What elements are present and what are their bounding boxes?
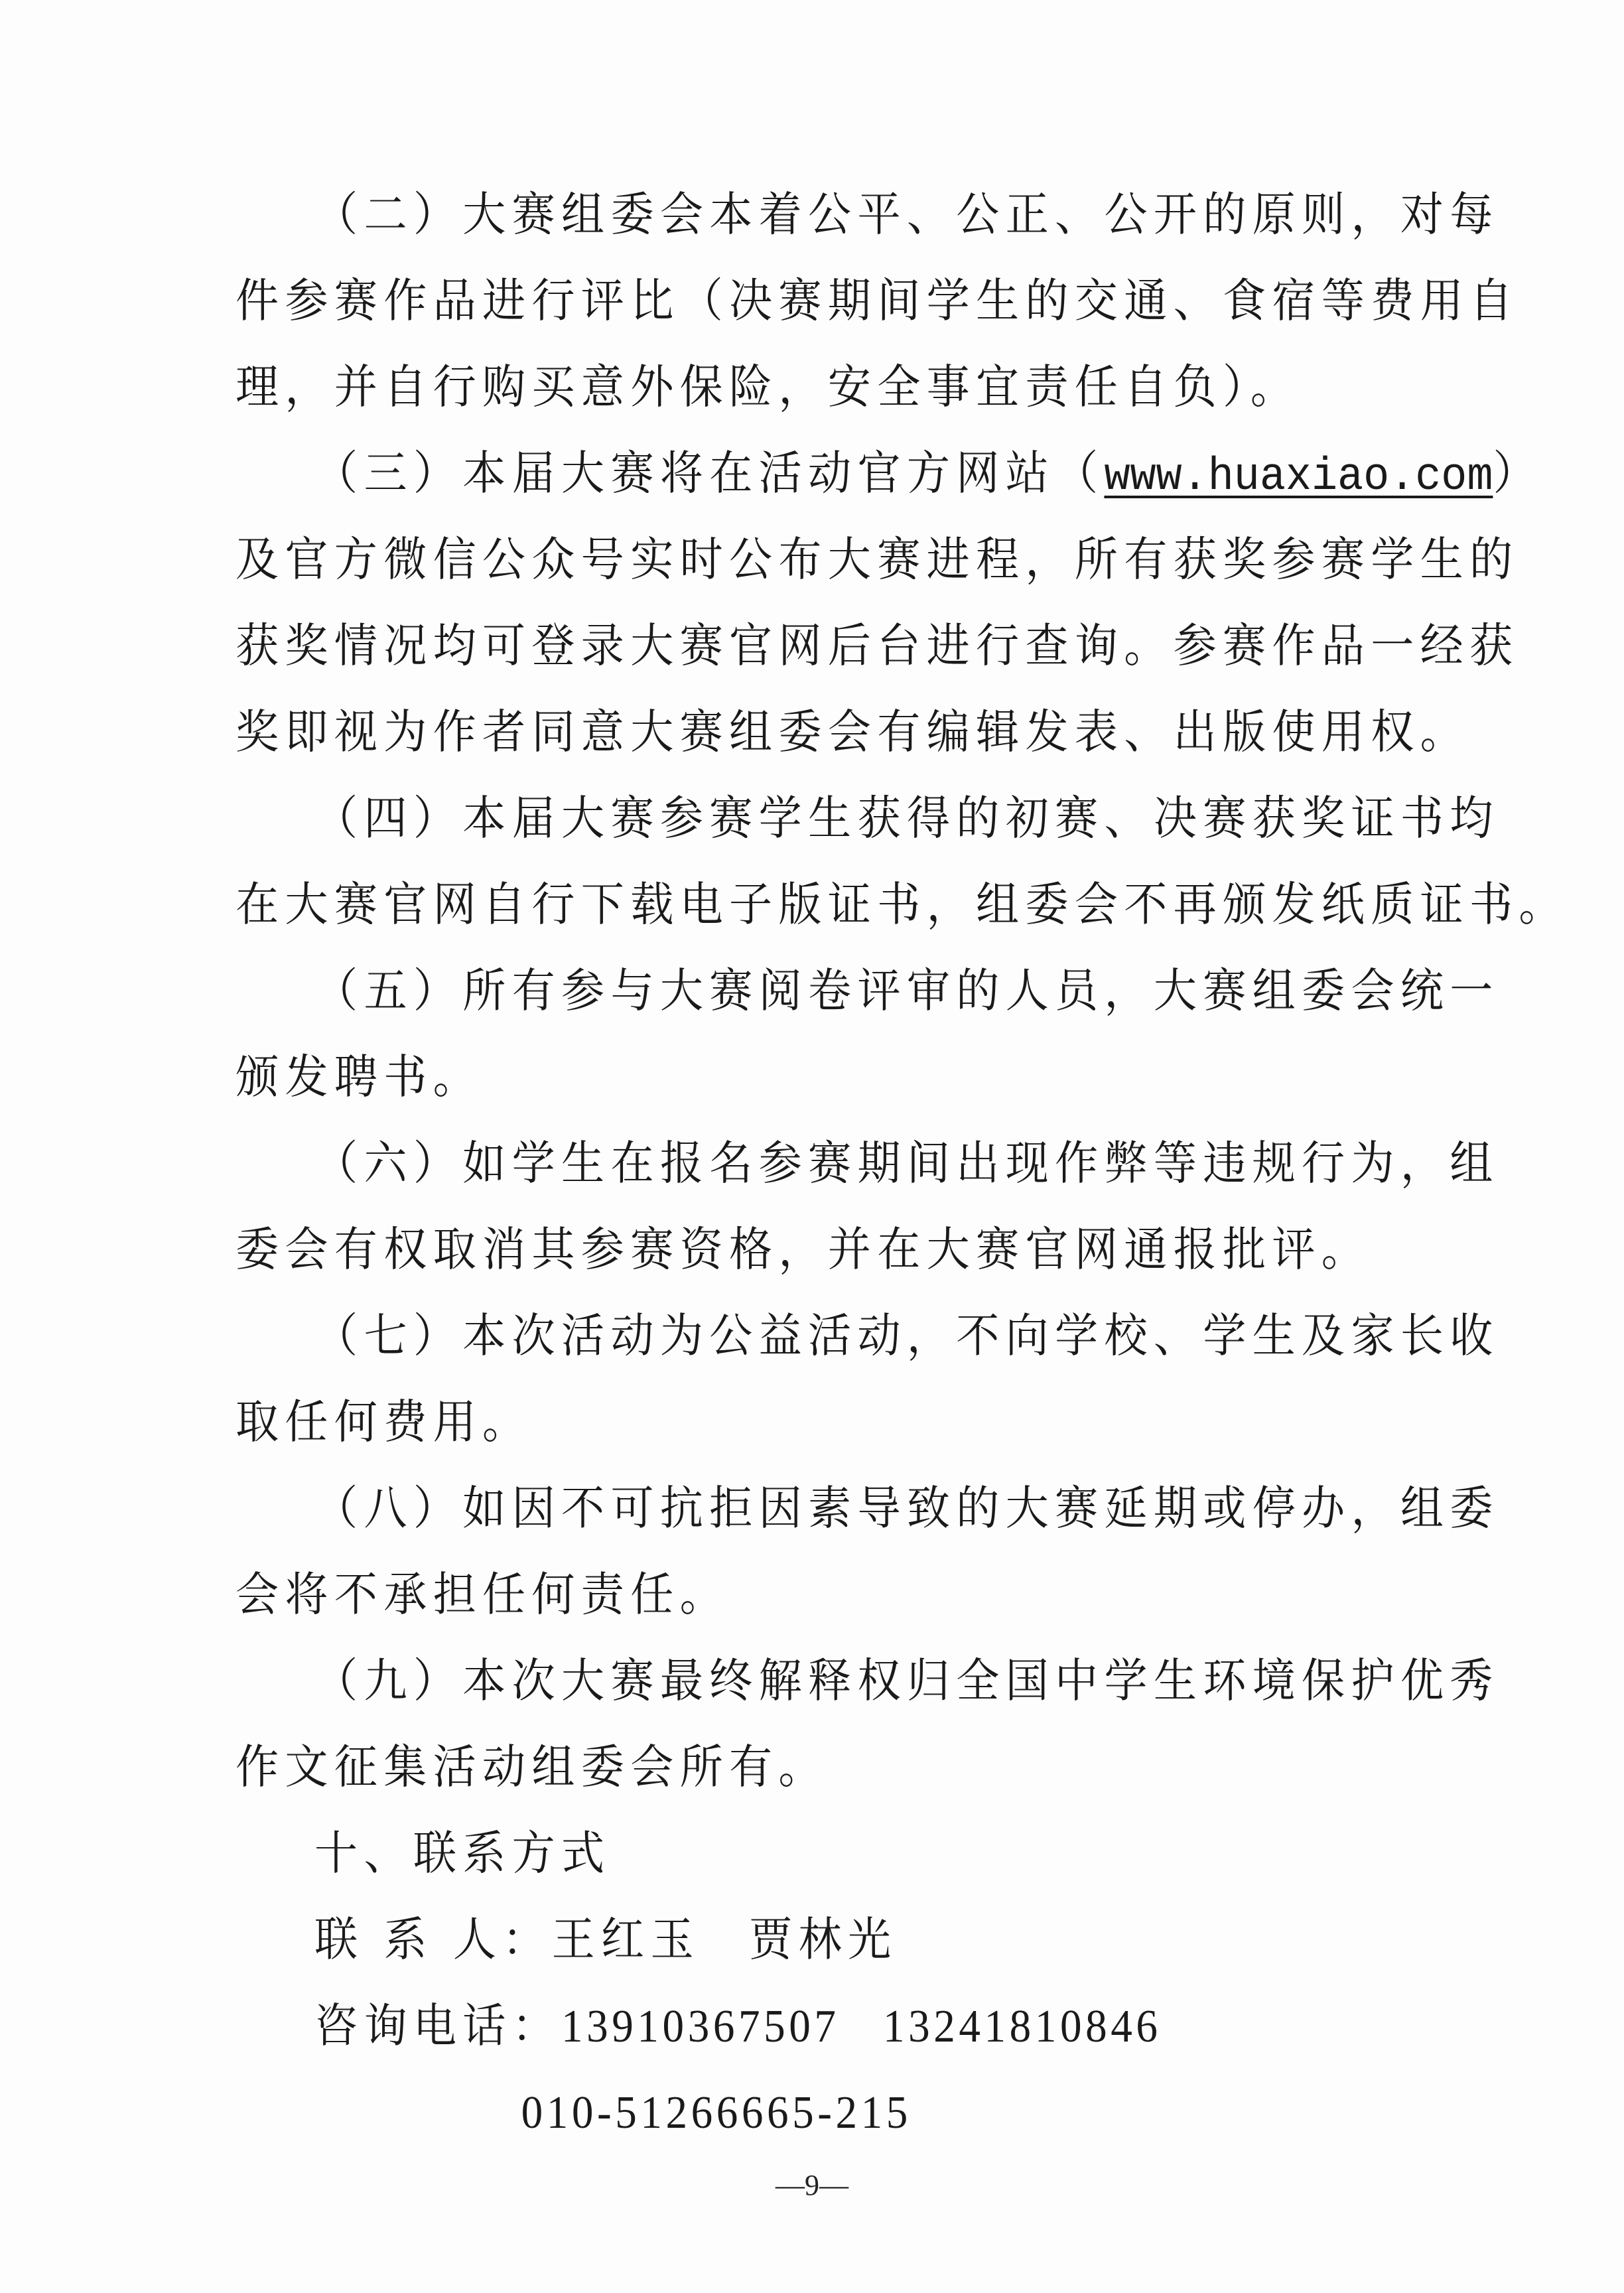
paragraph-3-line-4: 奖即视为作者同意大赛组委会有编辑发表、出版使用权。 (236, 689, 1314, 775)
paragraph-9-line-2: 作文征集活动组委会所有。 (236, 1724, 1314, 1810)
contact-names: 王红玉 贾林光 (552, 1912, 898, 1967)
paragraph-3-suffix: ） (1493, 446, 1542, 500)
paragraph-4-line-1: （四）本届大赛参赛学生获得的初赛、决赛获奖证书均 (236, 775, 1314, 861)
paragraph-3-line-1: （三）本届大赛将在活动官方网站（www.huaxiao.com） (236, 430, 1314, 516)
contact-label: 联 系 人： (314, 1912, 552, 1967)
paragraph-5-line-1: （五）所有参与大赛阅卷评审的人员，大赛组委会统一 (236, 947, 1314, 1034)
phone-number-2: 13241810846 (883, 2001, 1161, 2052)
paragraph-7-line-1: （七）本次活动为公益活动，不向学校、学生及家长收 (236, 1292, 1314, 1379)
contact-heading: 十、联系方式 (236, 1810, 1314, 1896)
phone-label: 咨询电话： (314, 1998, 561, 2053)
paragraph-5-line-2: 颁发聘书。 (236, 1034, 1314, 1120)
contact-persons: 联 系 人：王红玉 贾林光 (236, 1896, 1314, 1982)
paragraph-2-line-2: 件参赛作品进行评比（决赛期间学生的交通、食宿等费用自 (236, 257, 1314, 344)
document-body: （二）大赛组委会本着公平、公正、公开的原则，对每 件参赛作品进行评比（决赛期间学… (236, 171, 1395, 2155)
paragraph-9-line-1: （九）本次大赛最终解释权归全国中学生环境保护优秀 (236, 1637, 1314, 1724)
contact-phone-line-3: 010-51266665-215 (236, 2069, 1314, 2155)
paragraph-8-line-1: （八）如因不可抗拒因素导致的大赛延期或停办，组委 (236, 1465, 1314, 1551)
paragraph-4-line-2: 在大赛官网自行下载电子版证书，组委会不再颁发纸质证书。 (236, 861, 1314, 947)
phone-number-3: 010-51266665-215 (314, 2087, 912, 2138)
website-link[interactable]: www.huaxiao.com (1104, 451, 1493, 504)
phone-number-1: 13910367507 (561, 2001, 839, 2052)
paragraph-2-line-1: （二）大赛组委会本着公平、公正、公开的原则，对每 (236, 171, 1314, 257)
paragraph-7-line-2: 取任何费用。 (236, 1379, 1314, 1465)
page-number: —9— (0, 2168, 1624, 2202)
paragraph-3-prefix: （三）本届大赛将在活动官方网站（ (314, 446, 1104, 500)
paragraph-6-line-1: （六）如学生在报名参赛期间出现作弊等违规行为，组 (236, 1120, 1314, 1206)
paragraph-6-line-2: 委会有权取消其参赛资格，并在大赛官网通报批评。 (236, 1206, 1314, 1292)
paragraph-3-line-3: 获奖情况均可登录大赛官网后台进行查询。参赛作品一经获 (236, 602, 1314, 689)
paragraph-8-line-2: 会将不承担任何责任。 (236, 1551, 1314, 1637)
paragraph-3-line-2: 及官方微信公众号实时公布大赛进程，所有获奖参赛学生的 (236, 516, 1314, 602)
document-page: （二）大赛组委会本着公平、公正、公开的原则，对每 件参赛作品进行评比（决赛期间学… (0, 0, 1624, 2293)
contact-phones: 咨询电话：13910367507 13241810846 (236, 1982, 1314, 2069)
paragraph-2-line-3: 理，并自行购买意外保险，安全事宜责任自负）。 (236, 344, 1314, 430)
